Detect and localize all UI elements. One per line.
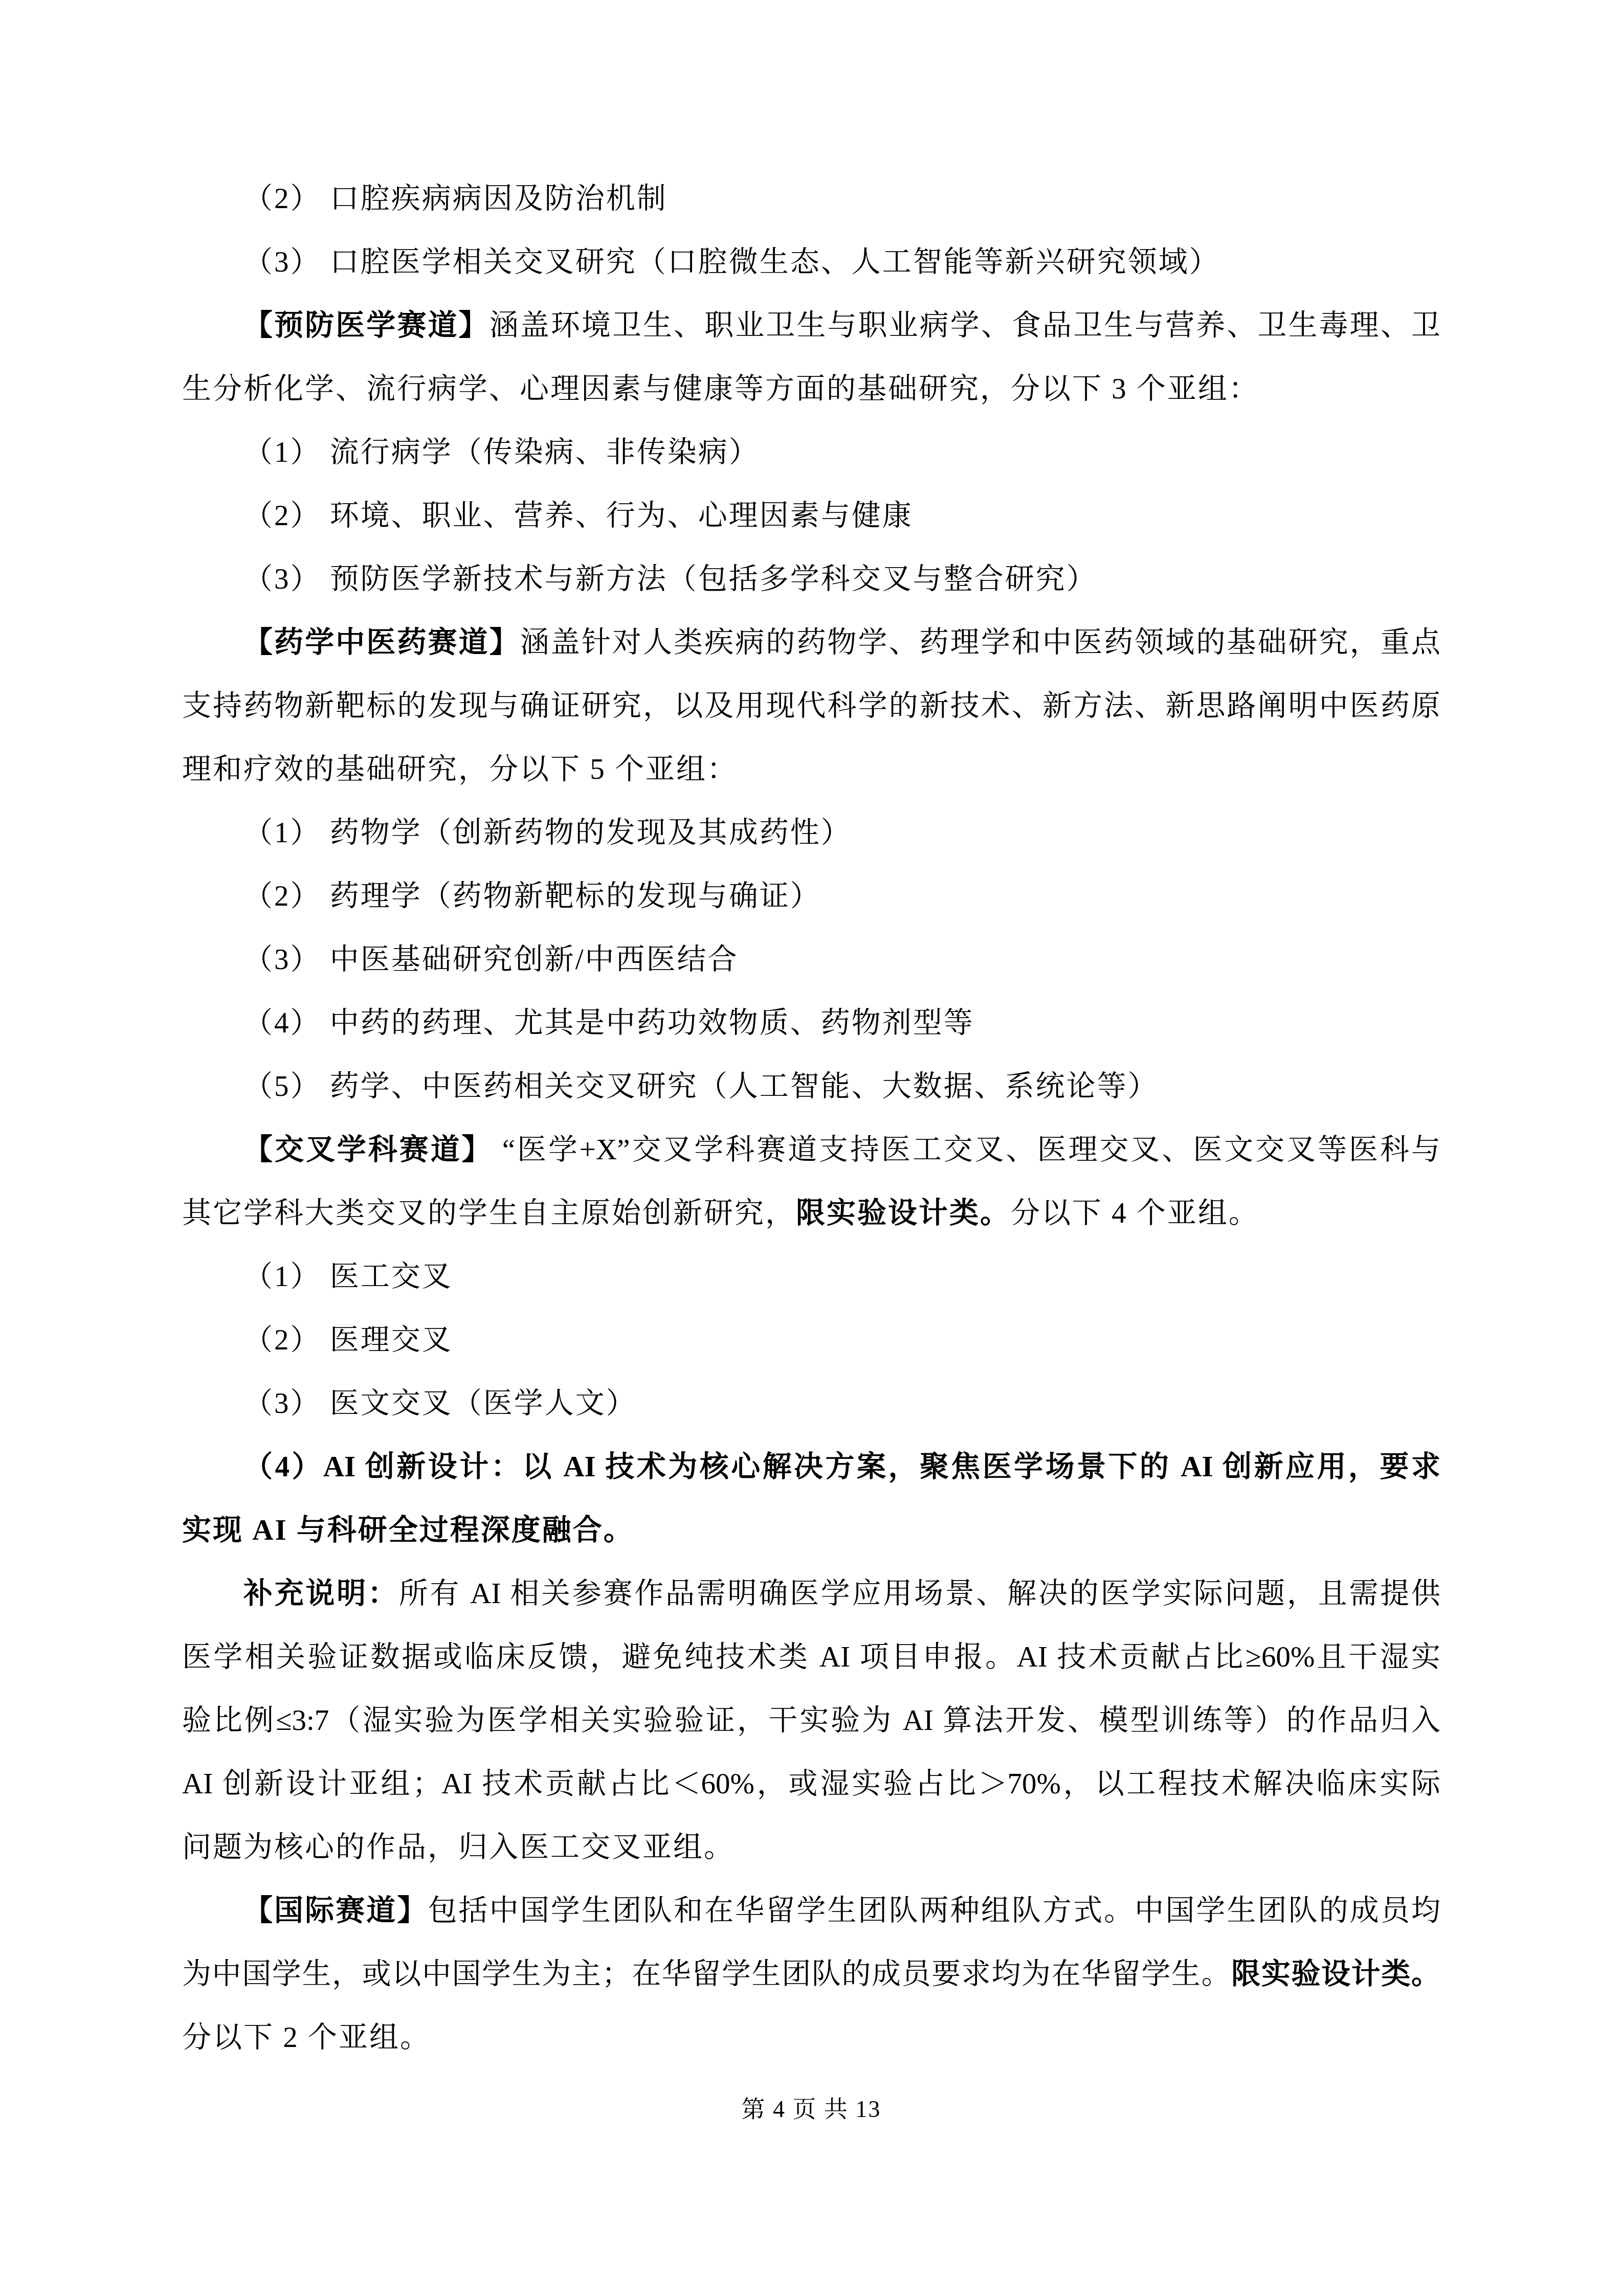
text-segment: （5） 药学、中医药相关交叉研究（人工智能、大数据、系统论等） xyxy=(243,1070,1159,1102)
text-line: （1） 流行病学（传染病、非传染病） xyxy=(182,421,1440,484)
bold-text-segment: （4）AI 创新设计：以 AI 技术为核心解决方案，聚焦医学场景下的 AI 创新… xyxy=(243,1451,1440,1483)
text-segment: 医学相关验证数据或临床反馈，避免纯技术类 AI 项目申报。AI 技术贡献占比≥6… xyxy=(182,1641,1440,1673)
text-segment: 问题为核心的作品，归入医工交叉亚组。 xyxy=(182,1831,735,1863)
text-line: （3） 中医基础研究创新/中西医结合 xyxy=(182,928,1440,992)
text-line: （2） 口腔疾病病因及防治机制 xyxy=(182,167,1440,231)
text-line: 验比例≤3:7（湿实验为医学相关实验验证，干实验为 AI 算法开发、模型训练等）… xyxy=(182,1689,1440,1752)
text-segment: 分以下 2 个亚组。 xyxy=(182,2021,431,2054)
text-segment: （2） 药理学（药物新靶标的发现与确证） xyxy=(243,880,821,912)
text-line: 补充说明：所有 AI 相关参赛作品需明确医学应用场景、解决的医学实际问题，且需提… xyxy=(182,1562,1440,1626)
text-line: 问题为核心的作品，归入医工交叉亚组。 xyxy=(182,1816,1440,1879)
bold-text-segment: 【交叉学科赛道】 xyxy=(243,1134,493,1166)
text-line: 支持药物新靶标的发现与确证研究，以及用现代科学的新技术、新方法、新思路阐明中医药… xyxy=(182,674,1440,738)
text-segment: 其它学科大类交叉的学生自主原始创新研究， xyxy=(182,1197,796,1229)
text-line: （4） 中药的药理、尤其是中药功效物质、药物剂型等 xyxy=(182,992,1440,1055)
text-line: 理和疗效的基础研究，分以下 5 个亚组： xyxy=(182,738,1440,801)
text-segment: （3） 医文交叉（医学人文） xyxy=(243,1387,637,1420)
text-line: 其它学科大类交叉的学生自主原始创新研究，限实验设计类。分以下 4 个亚组。 xyxy=(182,1182,1440,1245)
page-number-text: 第 4 页 共 13 xyxy=(742,2096,881,2122)
text-segment: 验比例≤3:7（湿实验为医学相关实验验证，干实验为 AI 算法开发、模型训练等）… xyxy=(182,1704,1440,1737)
text-line: （5） 药学、中医药相关交叉研究（人工智能、大数据、系统论等） xyxy=(182,1055,1440,1118)
text-line: AI 创新设计亚组；AI 技术贡献占比＜60%，或湿实验占比＞70%，以工程技术… xyxy=(182,1752,1440,1816)
text-line: 【药学中医药赛道】涵盖针对人类疾病的药物学、药理学和中医药领域的基础研究，重点 xyxy=(182,611,1440,674)
text-segment: 包括中国学生团队和在华留学生团队两种组队方式。中国学生团队的成员均 xyxy=(428,1895,1440,1927)
text-segment: 为中国学生，或以中国学生为主；在华留学生团队的成员要求均为在华留学生。 xyxy=(182,1958,1231,1990)
text-line: 为中国学生，或以中国学生为主；在华留学生团队的成员要求均为在华留学生。限实验设计… xyxy=(182,1943,1440,2006)
text-segment: 涵盖针对人类疾病的药物学、药理学和中医药领域的基础研究，重点 xyxy=(520,626,1440,659)
page-footer: 第 4 页 共 13 xyxy=(182,2091,1440,2127)
text-line: 医学相关验证数据或临床反馈，避免纯技术类 AI 项目申报。AI 技术贡献占比≥6… xyxy=(182,1626,1440,1689)
text-line: 实现 AI 与科研全过程深度融合。 xyxy=(182,1499,1440,1562)
text-line: （4）AI 创新设计：以 AI 技术为核心解决方案，聚焦医学场景下的 AI 创新… xyxy=(182,1435,1440,1499)
text-segment: （3） 预防医学新技术与新方法（包括多学科交叉与整合研究） xyxy=(243,563,1097,595)
document-body: （2） 口腔疾病病因及防治机制（3） 口腔医学相关交叉研究（口腔微生态、人工智能… xyxy=(182,167,1440,2069)
text-segment: （2） 医理交叉 xyxy=(243,1324,453,1356)
text-line: （2） 环境、职业、营养、行为、心理因素与健康 xyxy=(182,484,1440,548)
text-segment: （2） 口腔疾病病因及防治机制 xyxy=(243,183,668,215)
text-segment: 涵盖环境卫生、职业卫生与职业病学、食品卫生与营养、卫生毒理、卫 xyxy=(490,309,1440,342)
bold-text-segment: 限实验设计类。 xyxy=(796,1197,1011,1229)
text-line: 【国际赛道】包括中国学生团队和在华留学生团队两种组队方式。中国学生团队的成员均 xyxy=(182,1879,1440,1943)
text-line: 【交叉学科赛道】 “医学+X”交叉学科赛道支持医工交叉、医理交叉、医文交叉等医科… xyxy=(182,1118,1440,1182)
text-line: 【预防医学赛道】涵盖环境卫生、职业卫生与职业病学、食品卫生与营养、卫生毒理、卫 xyxy=(182,294,1440,357)
text-segment: “医学+X”交叉学科赛道支持医工交叉、医理交叉、医文交叉等医科与 xyxy=(493,1134,1440,1166)
text-segment: （3） 中医基础研究创新/中西医结合 xyxy=(243,943,739,976)
bold-text-segment: 【预防医学赛道】 xyxy=(243,309,490,342)
text-line: （3） 预防医学新技术与新方法（包括多学科交叉与整合研究） xyxy=(182,548,1440,611)
text-segment: 分以下 4 个亚组。 xyxy=(1011,1197,1259,1229)
bold-text-segment: 补充说明： xyxy=(243,1578,399,1610)
text-segment: （2） 环境、职业、营养、行为、心理因素与健康 xyxy=(243,500,913,532)
text-segment: 所有 AI 相关参赛作品需明确医学应用场景、解决的医学实际问题，且需提供 xyxy=(399,1578,1440,1610)
text-segment: （1） 流行病学（传染病、非传染病） xyxy=(243,436,760,468)
text-segment: （1） 医工交叉 xyxy=(243,1260,453,1293)
text-line: （2） 医理交叉 xyxy=(182,1309,1440,1372)
text-segment: AI 创新设计亚组；AI 技术贡献占比＜60%，或湿实验占比＞70%，以工程技术… xyxy=(182,1768,1440,1800)
text-segment: （4） 中药的药理、尤其是中药功效物质、药物剂型等 xyxy=(243,1007,974,1039)
text-line: （1） 药物学（创新药物的发现及其成药性） xyxy=(182,801,1440,865)
bold-text-segment: 限实验设计类。 xyxy=(1231,1958,1440,1990)
text-segment: 支持药物新靶标的发现与确证研究，以及用现代科学的新技术、新方法、新思路阐明中医药… xyxy=(182,690,1440,722)
text-segment: （3） 口腔医学相关交叉研究（口腔微生态、人工智能等新兴研究领域） xyxy=(243,246,1220,278)
text-segment: 生分析化学、流行病学、心理因素与健康等方面的基础研究，分以下 3 个亚组： xyxy=(182,373,1259,405)
text-line: （3） 医文交叉（医学人文） xyxy=(182,1372,1440,1435)
text-segment: （1） 药物学（创新药物的发现及其成药性） xyxy=(243,817,852,849)
text-line: （2） 药理学（药物新靶标的发现与确证） xyxy=(182,865,1440,928)
document-page: （2） 口腔疾病病因及防治机制（3） 口腔医学相关交叉研究（口腔微生态、人工智能… xyxy=(0,0,1624,2296)
bold-text-segment: 【药学中医药赛道】 xyxy=(243,626,520,659)
text-line: 分以下 2 个亚组。 xyxy=(182,2006,1440,2069)
bold-text-segment: 实现 AI 与科研全过程深度融合。 xyxy=(182,1514,634,1546)
text-segment: 理和疗效的基础研究，分以下 5 个亚组： xyxy=(182,753,738,785)
text-line: 生分析化学、流行病学、心理因素与健康等方面的基础研究，分以下 3 个亚组： xyxy=(182,357,1440,421)
text-line: （3） 口腔医学相关交叉研究（口腔微生态、人工智能等新兴研究领域） xyxy=(182,231,1440,294)
bold-text-segment: 【国际赛道】 xyxy=(243,1895,428,1927)
text-line: （1） 医工交叉 xyxy=(182,1245,1440,1309)
